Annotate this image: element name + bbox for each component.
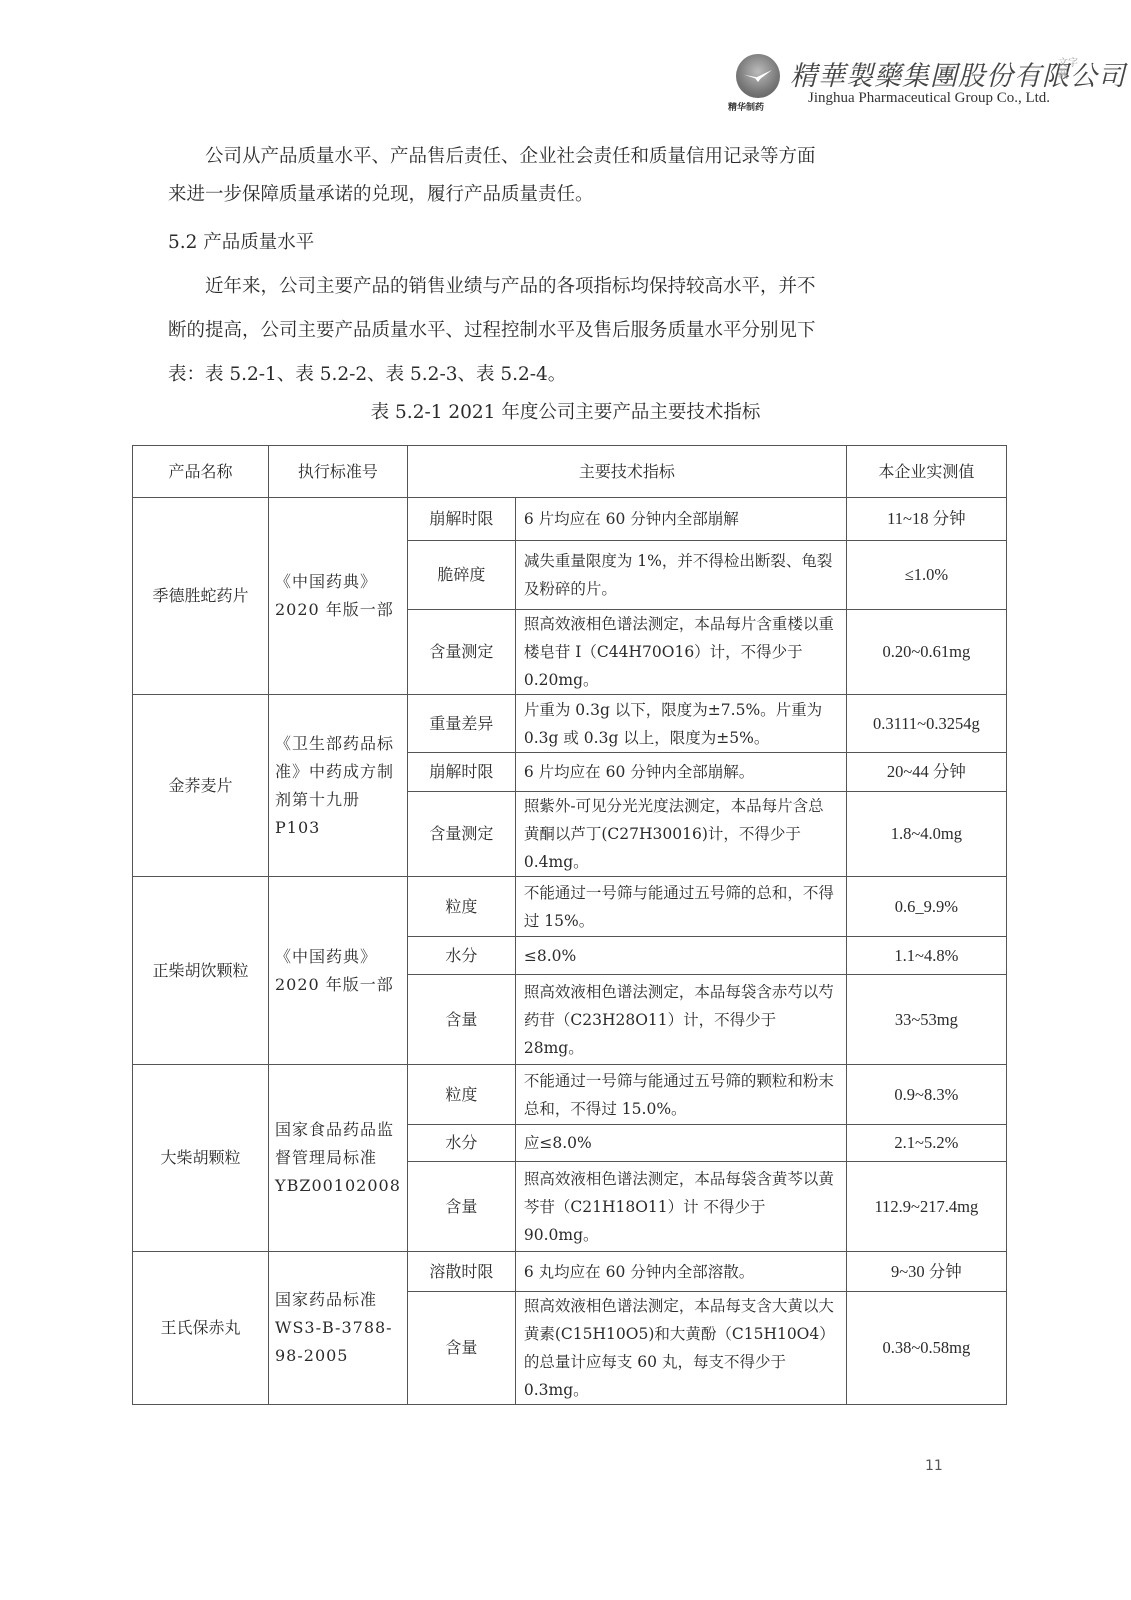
measured-value: 1.8~4.0mg (846, 792, 1006, 877)
measured-value: 20~44 分钟 (846, 753, 1006, 792)
measured-value: 0.38~0.58mg (846, 1292, 1006, 1405)
table-row: 正柴胡饮颗粒 《中国药典》2020 年版一部 粒度 不能通过一号筛与能通过五号筛… (133, 877, 1007, 937)
spec-item: 粒度 (407, 877, 515, 937)
spec-requirement: 照紫外-可见分光光度法测定，本品每片含总黄酮以芦丁(C27H30016)计，不得… (515, 792, 846, 877)
spec-requirement: 片重为 0.3g 以下，限度为±7.5%。片重为 0.3g 或 0.3g 以上，… (515, 695, 846, 753)
header-spec: 主要技术指标 (407, 446, 846, 498)
product-standard: 《卫生部药品标准》中药成方制剂第十九册 P103 (269, 695, 408, 877)
stamp-mark: 文字裁 (1058, 58, 1078, 82)
spec-requirement: 不能通过一号筛与能通过五号筛的总和，不得过 15%。 (515, 877, 846, 937)
header-standard: 执行标准号 (269, 446, 408, 498)
table-caption: 表 5.2-1 2021 年度公司主要产品主要技术指标 (0, 398, 1131, 424)
spec-item: 含量 (407, 1292, 515, 1405)
measured-value: ≤1.0% (846, 541, 1006, 610)
company-name-en: Jinghua Pharmaceutical Group Co., Ltd. (808, 90, 1050, 107)
spec-requirement: 照高效液相色谱法测定，本品每片含重楼以重楼皂苷 I（C44H70O16）计，不得… (515, 610, 846, 695)
header-product-name: 产品名称 (133, 446, 269, 498)
measured-value: 0.6_9.9% (846, 877, 1006, 937)
measured-value: 9~30 分钟 (846, 1252, 1006, 1292)
spec-requirement: 应≤8.0% (515, 1125, 846, 1162)
spec-item: 含量 (407, 975, 515, 1065)
product-name: 金荞麦片 (133, 695, 269, 877)
spec-item: 水分 (407, 937, 515, 975)
product-standard: 《中国药典》2020 年版一部 (269, 877, 408, 1065)
spec-item: 脆碎度 (407, 541, 515, 610)
spec-item: 水分 (407, 1125, 515, 1162)
spec-item: 粒度 (407, 1065, 515, 1125)
table-row: 王氏保赤丸 国家药品标准 WS3-B-3788-98-2005 溶散时限 6 丸… (133, 1252, 1007, 1292)
para1-line1: 公司从产品质量水平、产品售后责任、企业社会责任和质量信用记录等方面 (205, 146, 816, 167)
spec-item: 崩解时限 (407, 753, 515, 792)
para2-line2: 断的提高，公司主要产品质量水平、过程控制水平及售后服务质量水平分别见下 (168, 312, 948, 350)
spec-item: 溶散时限 (407, 1252, 515, 1292)
spec-requirement: 不能通过一号筛与能通过五号筛的颗粒和粉末总和，不得过 15.0%。 (515, 1065, 846, 1125)
letterhead: 精华制药 精華製藥集團股份有限公司 Jinghua Pharmaceutical… (728, 52, 1108, 112)
measured-value: 112.9~217.4mg (846, 1162, 1006, 1252)
section-heading: 5.2 产品质量水平 (168, 224, 948, 262)
spec-item: 含量测定 (407, 792, 515, 877)
para2-line1: 近年来，公司主要产品的销售业绩与产品的各项指标均保持较高水平，并不 (168, 268, 948, 306)
measured-value: 0.9~8.3% (846, 1065, 1006, 1125)
spec-item: 含量 (407, 1162, 515, 1252)
product-standard: 国家药品标准 WS3-B-3788-98-2005 (269, 1252, 408, 1405)
table-row: 季德胜蛇药片 《中国药典》2020 年版一部 崩解时限 6 片均应在 60 分钟… (133, 498, 1007, 541)
spec-requirement: 照高效液相色谱法测定，本品每支含大黄以大黄素(C15H10O5)和大黄酚（C15… (515, 1292, 846, 1405)
spec-requirement: 6 片均应在 60 分钟内全部崩解 (515, 498, 846, 541)
para1-line2: 来进一步保障质量承诺的兑现，履行产品质量责任。 (131, 176, 594, 214)
company-logo-icon (736, 54, 780, 98)
spec-requirement: 6 丸均应在 60 分钟内全部溶散。 (515, 1252, 846, 1292)
product-name: 季德胜蛇药片 (133, 498, 269, 695)
product-name: 大柴胡颗粒 (133, 1065, 269, 1252)
product-standard: 《中国药典》2020 年版一部 (269, 498, 408, 695)
measured-value: 0.3111~0.3254g (846, 695, 1006, 753)
header-measured: 本企业实测值 (846, 446, 1006, 498)
spec-table: 产品名称 执行标准号 主要技术指标 本企业实测值 季德胜蛇药片 《中国药典》20… (132, 445, 1007, 1405)
measured-value: 33~53mg (846, 975, 1006, 1065)
product-name: 王氏保赤丸 (133, 1252, 269, 1405)
spec-item: 崩解时限 (407, 498, 515, 541)
spec-requirement: 6 片均应在 60 分钟内全部崩解。 (515, 753, 846, 792)
table-row: 金荞麦片 《卫生部药品标准》中药成方制剂第十九册 P103 重量差异 片重为 0… (133, 695, 1007, 753)
spec-requirement: ≤8.0% (515, 937, 846, 975)
measured-value: 11~18 分钟 (846, 498, 1006, 541)
spec-requirement: 照高效液相色谱法测定，本品每袋含赤芍以芍药苷（C23H28O11）计，不得少于 … (515, 975, 846, 1065)
product-standard: 国家食品药品监督管理局标准 YBZ00102008 (269, 1065, 408, 1252)
spec-item: 含量测定 (407, 610, 515, 695)
paragraph-1: 公司从产品质量水平、产品售后责任、企业社会责任和质量信用记录等方面 来进一步保障… (168, 138, 948, 214)
spec-item: 重量差异 (407, 695, 515, 753)
logo-caption: 精华制药 (728, 100, 788, 113)
measured-value: 2.1~5.2% (846, 1125, 1006, 1162)
measured-value: 0.20~0.61mg (846, 610, 1006, 695)
page-number: 11 (925, 1458, 943, 1474)
spec-requirement: 减失重量限度为 1%，并不得检出断裂、龟裂及粉碎的片。 (515, 541, 846, 610)
table-row: 大柴胡颗粒 国家食品药品监督管理局标准 YBZ00102008 粒度 不能通过一… (133, 1065, 1007, 1125)
table-header-row: 产品名称 执行标准号 主要技术指标 本企业实测值 (133, 446, 1007, 498)
para2-line3: 表：表 5.2-1、表 5.2-2、表 5.2-3、表 5.2-4。 (168, 356, 948, 394)
measured-value: 1.1~4.8% (846, 937, 1006, 975)
paragraph-2: 近年来，公司主要产品的销售业绩与产品的各项指标均保持较高水平，并不 断的提高，公… (168, 268, 948, 394)
spec-requirement: 照高效液相色谱法测定，本品每袋含黄芩以黄芩苷（C21H18O11）计 不得少于 … (515, 1162, 846, 1252)
product-name: 正柴胡饮颗粒 (133, 877, 269, 1065)
